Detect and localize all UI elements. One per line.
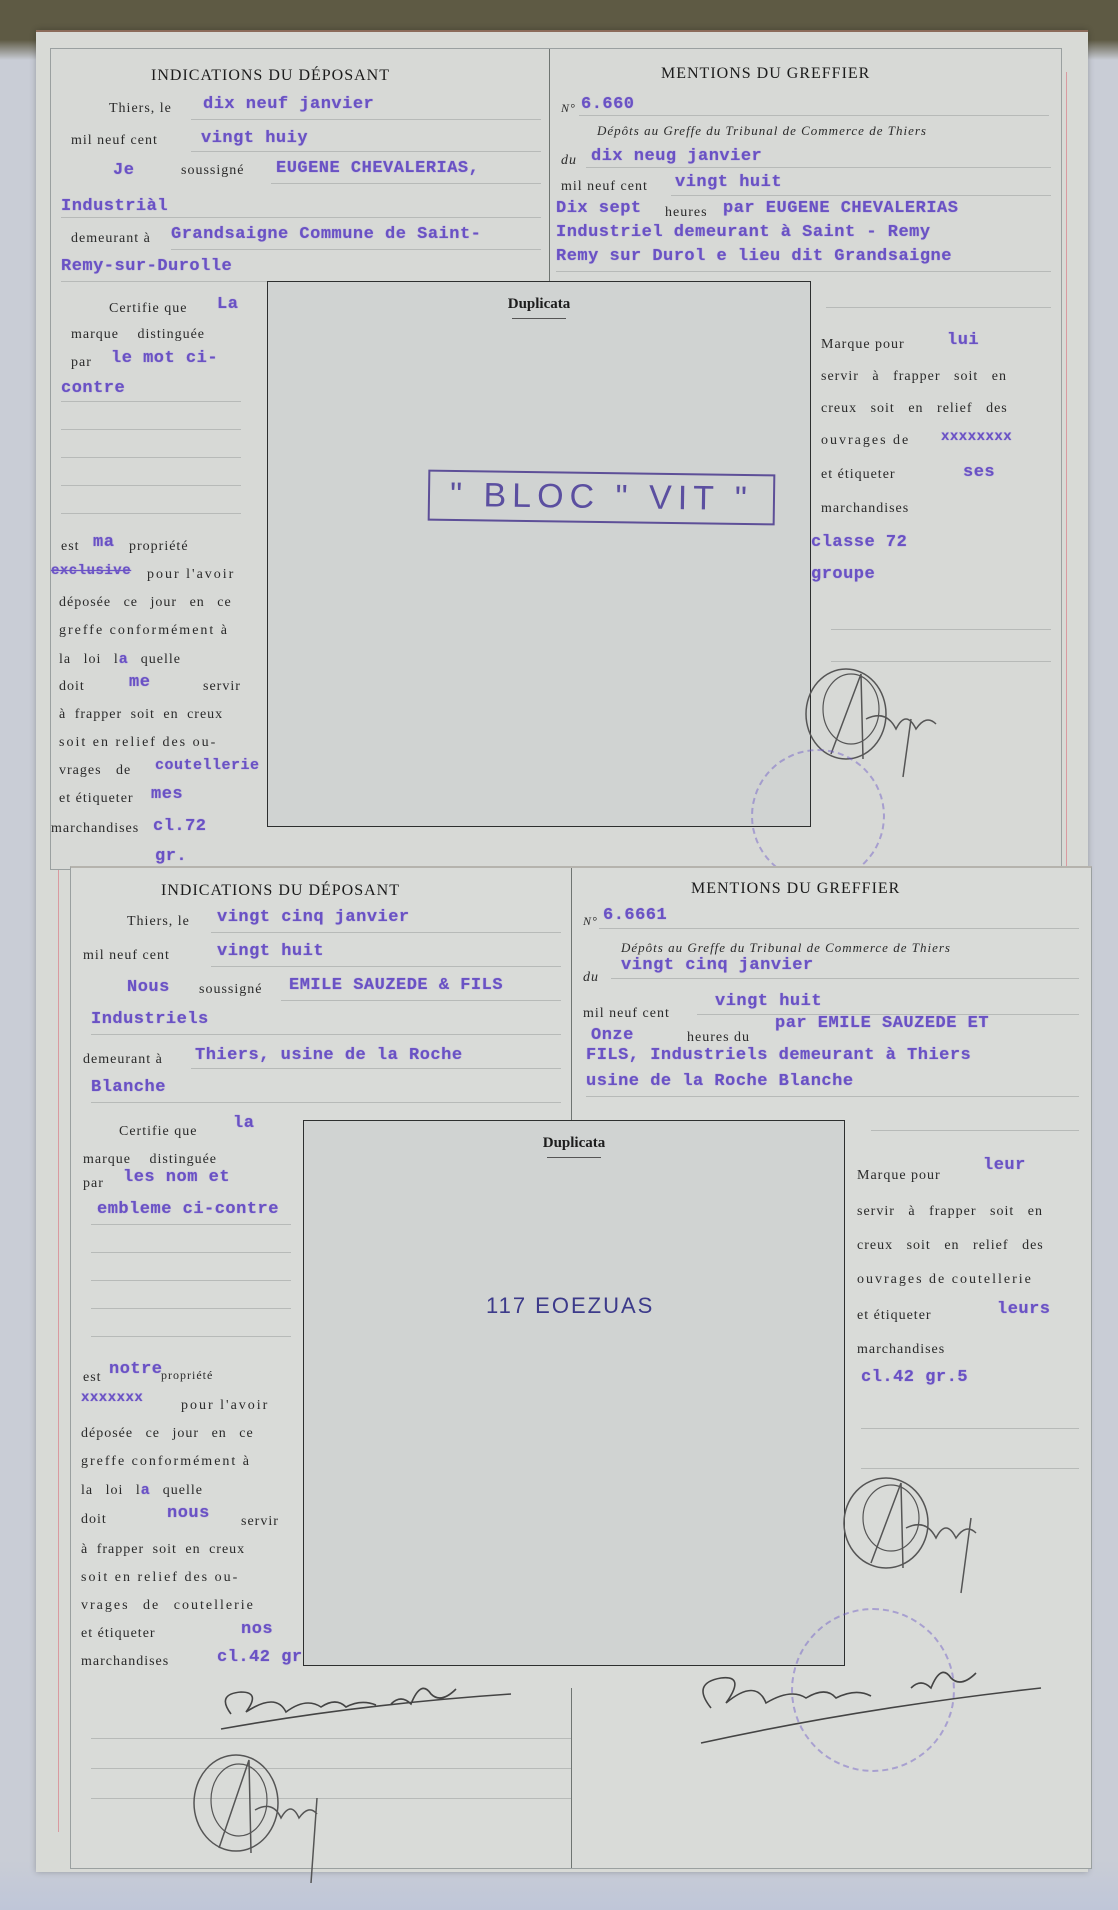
- address-line-1: Thiers, usine de la Roche: [195, 1046, 463, 1065]
- heures-label: heures du: [687, 1030, 750, 1046]
- rule-line: [61, 513, 241, 514]
- rule-line: [61, 401, 241, 402]
- clause-4-text: la loi l: [59, 652, 119, 667]
- mark-article: la: [233, 1114, 254, 1133]
- marchandises-label: marchandises: [81, 1654, 169, 1670]
- du-label: du: [561, 153, 577, 169]
- duplicata-title: Duplicata: [268, 296, 810, 313]
- filing-hour: Dix sept: [556, 199, 642, 218]
- demeurant-label: demeurant à: [83, 1052, 163, 1068]
- clause-1: pour l'avoir: [147, 567, 235, 583]
- pronoun: Je: [113, 161, 134, 180]
- rule-line: [586, 167, 1051, 168]
- address-line-2: Remy-sur-Durolle: [61, 257, 232, 276]
- heures-label: heures: [665, 205, 708, 221]
- clerk-signature-icon: [831, 1468, 1011, 1598]
- filed-by-2: Industriel demeurant à Saint - Remy: [556, 223, 931, 242]
- marque-label: marque distinguée: [83, 1152, 217, 1168]
- pronoun: Nous: [127, 978, 170, 997]
- rule-line: [211, 932, 561, 933]
- clause-2: déposée ce jour en ce: [81, 1426, 254, 1442]
- exclusive-struck: exclusive: [51, 563, 131, 579]
- ouvrages-label: ouvrages de: [821, 433, 910, 449]
- registry-number: 6.660: [581, 95, 635, 114]
- greffier-signature-icon: [681, 1658, 1061, 1748]
- rule-line: [826, 307, 1051, 308]
- rule-line: [91, 1224, 291, 1225]
- rule-line: [91, 1738, 571, 1739]
- soussigne-label: soussigné: [181, 163, 244, 179]
- clause-4-typed: a: [119, 651, 129, 668]
- depositor-profession: Industriàl: [61, 197, 168, 216]
- mark-description-1: le mot ci-: [111, 349, 218, 368]
- rule-line: [586, 1096, 1079, 1097]
- etiqueter-value: mes: [151, 785, 183, 804]
- mark-description-2: contre: [61, 379, 125, 398]
- rule-line: [61, 429, 241, 430]
- filed-by-3: Remy sur Durol e lieu dit Grandsaigne: [556, 247, 952, 266]
- ouvrages-value: xxxxxxxx: [941, 429, 1012, 445]
- clause-4-text: la loi l: [81, 1483, 141, 1498]
- rule-line: [91, 1102, 561, 1103]
- rule-line: [61, 217, 541, 218]
- rule-line: [861, 1428, 1079, 1429]
- rule-line: [556, 271, 1051, 272]
- etiqueter-label: et étiqueter: [59, 791, 134, 807]
- address-line-2: Blanche: [91, 1078, 166, 1097]
- filing-year: vingt huit: [715, 992, 822, 1011]
- depots-label: Dépôts au Greffe du Tribunal de Commerce…: [597, 123, 927, 139]
- depositor-name: EUGENE CHEVALERIAS,: [276, 159, 479, 178]
- rule-line: [91, 1034, 561, 1035]
- marque-pour-label: Marque pour: [821, 337, 905, 353]
- object-pronoun: nous: [167, 1504, 210, 1523]
- class-value: cl.72: [153, 817, 207, 836]
- marque-label: marque distinguée: [71, 327, 205, 343]
- duplicata-box: Duplicata 117 EOEZUAS: [303, 1120, 845, 1666]
- address-line-1: Grandsaigne Commune de Saint-: [171, 225, 481, 244]
- par-label: par: [83, 1176, 104, 1192]
- column-divider: [549, 49, 550, 284]
- year-label: mil neuf cent: [583, 1006, 670, 1022]
- clause-4-text: quelle: [141, 652, 181, 667]
- rule-line: [91, 1252, 291, 1253]
- clause-4: la loi la quelle: [81, 1482, 203, 1499]
- column-divider: [571, 1688, 572, 1868]
- rule-line: [611, 978, 1079, 979]
- year-label: mil neuf cent: [561, 179, 648, 195]
- clerk-signature-icon: [181, 1748, 351, 1888]
- rule-line: [191, 1068, 561, 1069]
- filed-by-1: par EMILE SAUZEDE ET: [775, 1014, 989, 1033]
- propriete-label: propriété: [129, 539, 189, 555]
- rule-line: [281, 1000, 561, 1001]
- marchandises-label: marchandises: [821, 501, 909, 517]
- ouvrages-label: vrages de: [59, 763, 131, 779]
- exclusive-struck: xxxxxxx: [81, 1390, 143, 1406]
- certifie-label: Certifie que: [119, 1124, 197, 1140]
- clause-4: la loi la quelle: [59, 651, 181, 668]
- trademark-stamp: " BLOC " VIT ": [428, 470, 776, 526]
- est-label: est: [83, 1370, 102, 1386]
- greffier-heading: MENTIONS DU GREFFIER: [691, 880, 900, 898]
- trademark-stamp: 117 EOEZUAS: [486, 1293, 654, 1319]
- rule-line: [579, 115, 1049, 116]
- possessive: notre: [109, 1360, 163, 1379]
- clause-2: déposée ce jour en ce: [59, 595, 232, 611]
- depots-label: Dépôts au Greffe du Tribunal de Commerce…: [621, 940, 951, 956]
- etiqueter-label: et étiqueter: [81, 1626, 156, 1642]
- servir-line-2: creux soit en relief des: [821, 401, 1008, 417]
- column-divider: [571, 868, 572, 1128]
- filing-date: dix neug janvier: [591, 147, 762, 166]
- rule-line: [271, 183, 541, 184]
- rule-line: [671, 195, 1051, 196]
- ouvrages-label: ouvrages de coutellerie: [857, 1272, 1033, 1288]
- servir-line-1: servir à frapper soit en: [857, 1204, 1043, 1220]
- rule-line: [191, 119, 541, 120]
- object-pronoun: me: [129, 673, 150, 692]
- servir-label: servir: [241, 1514, 279, 1530]
- year-label: mil neuf cent: [71, 133, 158, 149]
- rule-line: [191, 151, 541, 152]
- deposit-form-entry-1: INDICATIONS DU DÉPOSANT Thiers, le dix n…: [50, 48, 1062, 870]
- doit-label: doit: [59, 679, 85, 695]
- etiqueter-label: et étiqueter: [857, 1308, 932, 1324]
- duplicata-title: Duplicata: [304, 1135, 844, 1152]
- etiqueter-label: et étiqueter: [821, 467, 896, 483]
- rule-line: [61, 457, 241, 458]
- clause-5: à frapper soit en creux: [81, 1542, 245, 1558]
- mark-article: La: [217, 295, 238, 314]
- number-label: N°: [583, 914, 598, 929]
- mark-description-2: embleme ci-contre: [97, 1200, 279, 1219]
- filing-date: vingt cinq janvier: [621, 956, 814, 975]
- certifie-label: Certifie que: [109, 301, 187, 317]
- depositor-name: EMILE SAUZEDE & FILS: [289, 976, 503, 995]
- rule-line: [61, 485, 241, 486]
- deposit-date: vingt cinq janvier: [217, 908, 410, 927]
- propriete-label: propriété: [161, 1368, 213, 1383]
- tribunal-seal-icon: [751, 749, 885, 883]
- ouvrages-value: coutellerie: [155, 757, 260, 774]
- rule-line: [871, 1130, 1079, 1131]
- marchandises-label: marchandises: [857, 1342, 945, 1358]
- city-label: Thiers, le: [109, 101, 172, 117]
- deposit-date: dix neuf janvier: [203, 95, 374, 114]
- filing-year: vingt huit: [675, 173, 782, 192]
- filed-by-1: par EUGENE CHEVALERIAS: [723, 199, 958, 218]
- rule-line: [211, 966, 561, 967]
- ouvrages-label: vrages de coutellerie: [81, 1598, 255, 1614]
- number-label: N°: [561, 101, 576, 116]
- rule-line: [599, 928, 1079, 929]
- deposit-year: vingt huiy: [201, 129, 308, 148]
- marchandises-label: marchandises: [51, 821, 139, 837]
- greffier-heading: MENTIONS DU GREFFIER: [661, 65, 870, 83]
- deposit-form-entry-2: INDICATIONS DU DÉPOSANT Thiers, le vingt…: [70, 866, 1092, 1869]
- clause-6: soit en relief des ou-: [59, 735, 217, 751]
- title-underline: [547, 1157, 601, 1158]
- etiqueter-value: ses: [963, 463, 995, 482]
- clause-1: pour l'avoir: [181, 1398, 269, 1414]
- rule-line: [91, 1308, 291, 1309]
- marque-pour-value: lui: [947, 331, 979, 350]
- filed-by-3: usine de la Roche Blanche: [586, 1072, 854, 1091]
- rule-line: [831, 629, 1051, 630]
- marque-pour-label: Marque pour: [857, 1168, 941, 1184]
- par-label: par: [71, 355, 92, 371]
- doit-label: doit: [81, 1512, 107, 1528]
- clause-5: à frapper soit en creux: [59, 707, 223, 723]
- class-value: classe 72: [811, 533, 907, 552]
- clause-6: soit en relief des ou-: [81, 1570, 239, 1586]
- marque-pour-value: leur: [983, 1156, 1026, 1175]
- etiqueter-value: leurs: [997, 1300, 1051, 1319]
- deposit-year: vingt huit: [217, 942, 324, 961]
- rule-line: [91, 1280, 291, 1281]
- group-value: groupe: [811, 565, 875, 584]
- filing-hour: Onze: [591, 1026, 634, 1045]
- rule-line: [91, 1336, 291, 1337]
- title-underline: [512, 318, 566, 319]
- duplicata-box: Duplicata " BLOC " VIT ": [267, 281, 811, 827]
- est-label: est: [61, 539, 80, 555]
- clause-4-text: quelle: [163, 1483, 203, 1498]
- soussigne-label: soussigné: [199, 982, 262, 998]
- registry-number: 6.6661: [603, 906, 667, 925]
- possessive: ma: [93, 533, 114, 552]
- class-value: cl.42 gr.5: [861, 1368, 968, 1387]
- servir-line-2: creux soit en relief des: [857, 1238, 1044, 1254]
- deposant-heading: INDICATIONS DU DÉPOSANT: [151, 67, 390, 85]
- depositor-signature-icon: [211, 1674, 531, 1734]
- deposant-heading: INDICATIONS DU DÉPOSANT: [161, 882, 400, 900]
- mark-description-1: les nom et: [123, 1168, 230, 1187]
- year-label: mil neuf cent: [83, 948, 170, 964]
- rule-line: [171, 249, 541, 250]
- filed-by-2: FILS, Industriels demeurant à Thiers: [586, 1046, 971, 1065]
- du-label: du: [583, 970, 599, 986]
- servir-label: servir: [203, 679, 241, 695]
- group-value: gr.: [155, 847, 187, 866]
- demeurant-label: demeurant à: [71, 231, 151, 247]
- depositor-profession: Industriels: [91, 1010, 209, 1029]
- clause-4-typed: a: [141, 1482, 151, 1499]
- etiqueter-value: nos: [241, 1620, 273, 1639]
- servir-line-1: servir à frapper soit en: [821, 369, 1007, 385]
- clause-3: greffe conformément à: [59, 623, 229, 639]
- city-label: Thiers, le: [127, 914, 190, 930]
- clause-3: greffe conformément à: [81, 1454, 251, 1470]
